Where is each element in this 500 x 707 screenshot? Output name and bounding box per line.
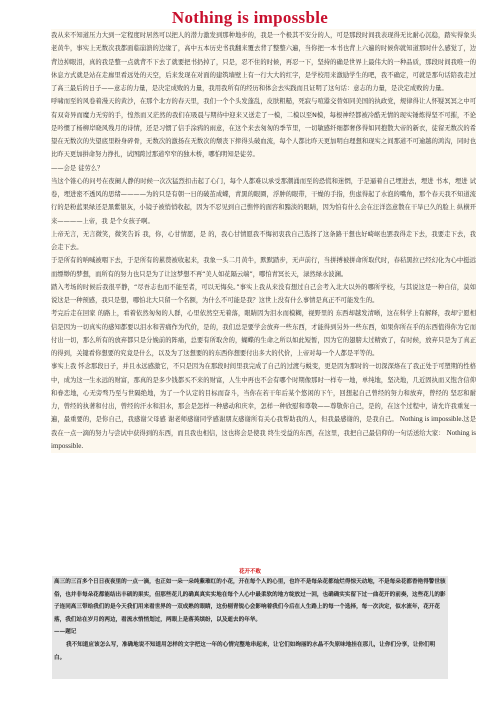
postscript-title: 花开不败 bbox=[0, 567, 500, 575]
essay-paragraph: ——会是 徒劳么？ bbox=[51, 162, 476, 175]
postscript-signature: ——题记 bbox=[52, 626, 448, 639]
document-title: Nothing is impossble bbox=[0, 8, 500, 28]
postscript-block: 高三的三百多个日日夜夜里的一点一滴，也正如一朵一朵纯紫璀红的小花，开在每个人的心… bbox=[52, 576, 448, 679]
essay-closing: 事实上我 怀念那段日子，并且永远感激它，不只是因为在那段时间里我完成了自己的过渡… bbox=[51, 360, 476, 453]
essay-paragraph: 我从来不知道压力大到一定程度时居然可以把人的潜力激发到那种地步的，我是一个极其不… bbox=[51, 29, 476, 95]
postscript-body: 高三的三百多个日日夜夜里的一点一滴，也正如一朵一朵纯紫璀红的小花，开在每个人的心… bbox=[52, 576, 448, 626]
essay-paragraph: 上帝无言，无言微笑，微笑告诉 我，你，心甘情愿，是 的，我心甘情愿我不悔初衷我自… bbox=[51, 228, 476, 255]
essay-paragraph: 踏入考场的时候后我很平静，“尽吾志也而不能至者，可以无悔矣。”事实上我从来没有想… bbox=[51, 281, 476, 308]
closing-english-1: Nothing is impossible. bbox=[400, 415, 463, 423]
essay-paragraph: 考完后走在回家 的路上，看着依然匆匆的人群，心里依然空无着落，眼睛因为泪水而模糊… bbox=[51, 307, 476, 360]
document-page: Nothing is impossble 我从来不知道压力大到一定程度时居然可以… bbox=[0, 0, 500, 707]
essay-paragraph: 于是所有的呐喊被咽下去，于是所有的累赘被收起来，我象一头二月黄牛，默默踏步，无声… bbox=[51, 254, 476, 281]
essay-paragraph: 呼啸而至的风卷着漫天的黄沙，在那个北方的春天里，我们一个个头发蓬乱，皮肤粗糙，死… bbox=[51, 95, 476, 161]
postscript-after: 我不知道应该怎么写，准确地说不知道用怎样的文字把这一年的心情完整地串起来，让它们… bbox=[52, 639, 448, 664]
essay-body: 我从来不知道压力大到一定程度时居然可以把人的潜力激发到那种地步的，我是一个极其不… bbox=[51, 29, 476, 453]
essay-paragraph: 当这个锥心的问号在夜阑人静的时候一次次猛烈扣击起了心门，每个人都难以承受那潮涌而… bbox=[51, 175, 476, 228]
